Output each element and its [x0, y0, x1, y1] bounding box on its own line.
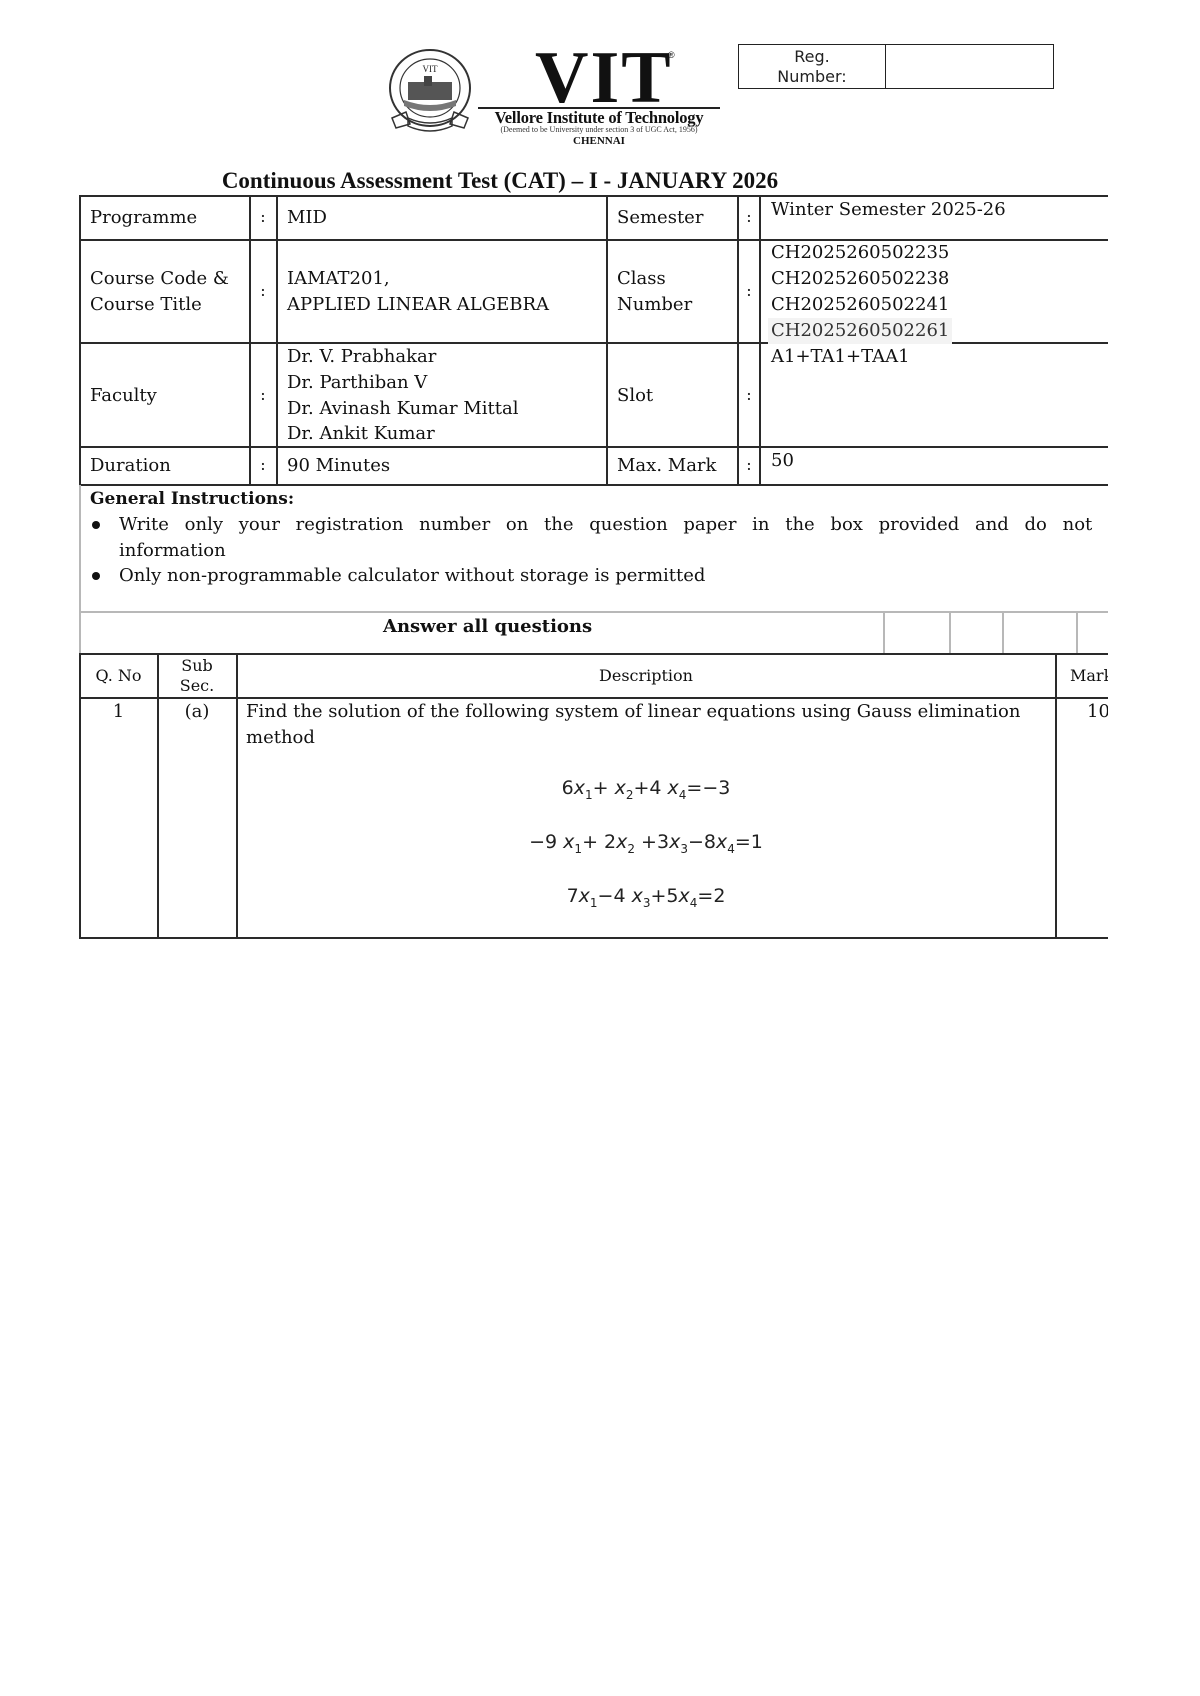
- faculty-label: Faculty: [90, 383, 157, 409]
- instructions-heading: General Instructions:: [90, 486, 294, 512]
- class-number: CH2025260502235: [771, 240, 949, 266]
- campus-name: CHENNAI: [478, 135, 720, 147]
- reg-number-box: Reg. Number:: [738, 44, 1054, 89]
- subsec-header-line1: Sub: [157, 656, 237, 676]
- bullet-icon: [92, 572, 100, 580]
- separator: :: [251, 207, 275, 226]
- class-label-line1: Class: [617, 266, 666, 292]
- answer-all-label: Answer all questions: [383, 614, 592, 640]
- instruction-item-continued: information: [119, 538, 226, 564]
- equation-3: 7x1−4 x3+5x4=2: [236, 884, 1056, 915]
- separator: :: [251, 385, 275, 404]
- equation-1: 6x1+ x2+4 x4=−3: [236, 776, 1056, 807]
- duration-value: 90 Minutes: [287, 453, 390, 479]
- course-title: APPLIED LINEAR ALGEBRA: [287, 292, 549, 318]
- max-mark-label: Max. Mark: [617, 453, 716, 479]
- description-header: Description: [236, 666, 1056, 686]
- class-number: CH2025260502261: [768, 318, 952, 344]
- exam-paper-page: VIT VIT ® Vellore Institute of Technolog…: [0, 0, 1108, 1696]
- separator: :: [737, 385, 761, 404]
- instruction-item: Only non-programmable calculator without…: [119, 563, 705, 589]
- separator: :: [251, 455, 275, 474]
- instruction-item: Write only your registration number on t…: [119, 512, 1108, 538]
- exam-title: Continuous Assessment Test (CAT) – I - J…: [0, 167, 1108, 195]
- separator: :: [737, 455, 761, 474]
- question-number: 1: [79, 699, 158, 725]
- bullet-icon: [92, 521, 100, 529]
- separator: :: [737, 207, 761, 226]
- programme-label: Programme: [90, 205, 197, 231]
- question-text: Find the solution of the following syste…: [246, 699, 1020, 725]
- faculty-name: Dr. V. Prabhakar: [287, 344, 436, 370]
- semester-value: Winter Semester 2025-26: [771, 197, 1006, 223]
- course-code: IAMAT201,: [287, 266, 390, 292]
- registered-mark: ®: [668, 50, 675, 60]
- slot-label: Slot: [617, 383, 653, 409]
- qno-header: Q. No: [79, 666, 158, 686]
- faculty-name: Dr. Ankit Kumar: [287, 421, 435, 447]
- course-label-line1: Course Code &: [90, 266, 229, 292]
- separator: :: [737, 281, 761, 300]
- question-text-continued: method: [246, 725, 315, 751]
- deemed-university-line: (Deemed to be University under section 3…: [478, 125, 720, 135]
- slot-value: A1+TA1+TAA1: [771, 344, 910, 370]
- subsec-header-line2: Sec.: [157, 676, 237, 696]
- sub-section: (a): [157, 699, 237, 725]
- programme-value: MID: [287, 205, 327, 231]
- max-mark-value: 50: [771, 448, 794, 474]
- class-number: CH2025260502241: [771, 292, 949, 318]
- marks-header: Mark: [1070, 666, 1108, 686]
- duration-label: Duration: [90, 453, 171, 479]
- course-label-line2: Course Title: [90, 292, 202, 318]
- separator: :: [251, 281, 275, 300]
- vit-wordmark: VIT: [535, 38, 673, 118]
- svg-text:VIT: VIT: [423, 64, 438, 74]
- equation-2: −9 x1+ 2x2 +3x3−8x4=1: [236, 830, 1056, 861]
- reg-number-field[interactable]: [886, 45, 1053, 88]
- semester-label: Semester: [617, 205, 703, 231]
- class-number: CH2025260502238: [771, 266, 949, 292]
- reg-number-label: Reg. Number:: [739, 45, 886, 88]
- question-marks: 10: [1087, 699, 1108, 725]
- class-label-line2: Number: [617, 292, 692, 318]
- vit-emblem-icon: VIT: [386, 48, 474, 136]
- faculty-name: Dr. Parthiban V: [287, 370, 427, 396]
- faculty-name: Dr. Avinash Kumar Mittal: [287, 396, 519, 422]
